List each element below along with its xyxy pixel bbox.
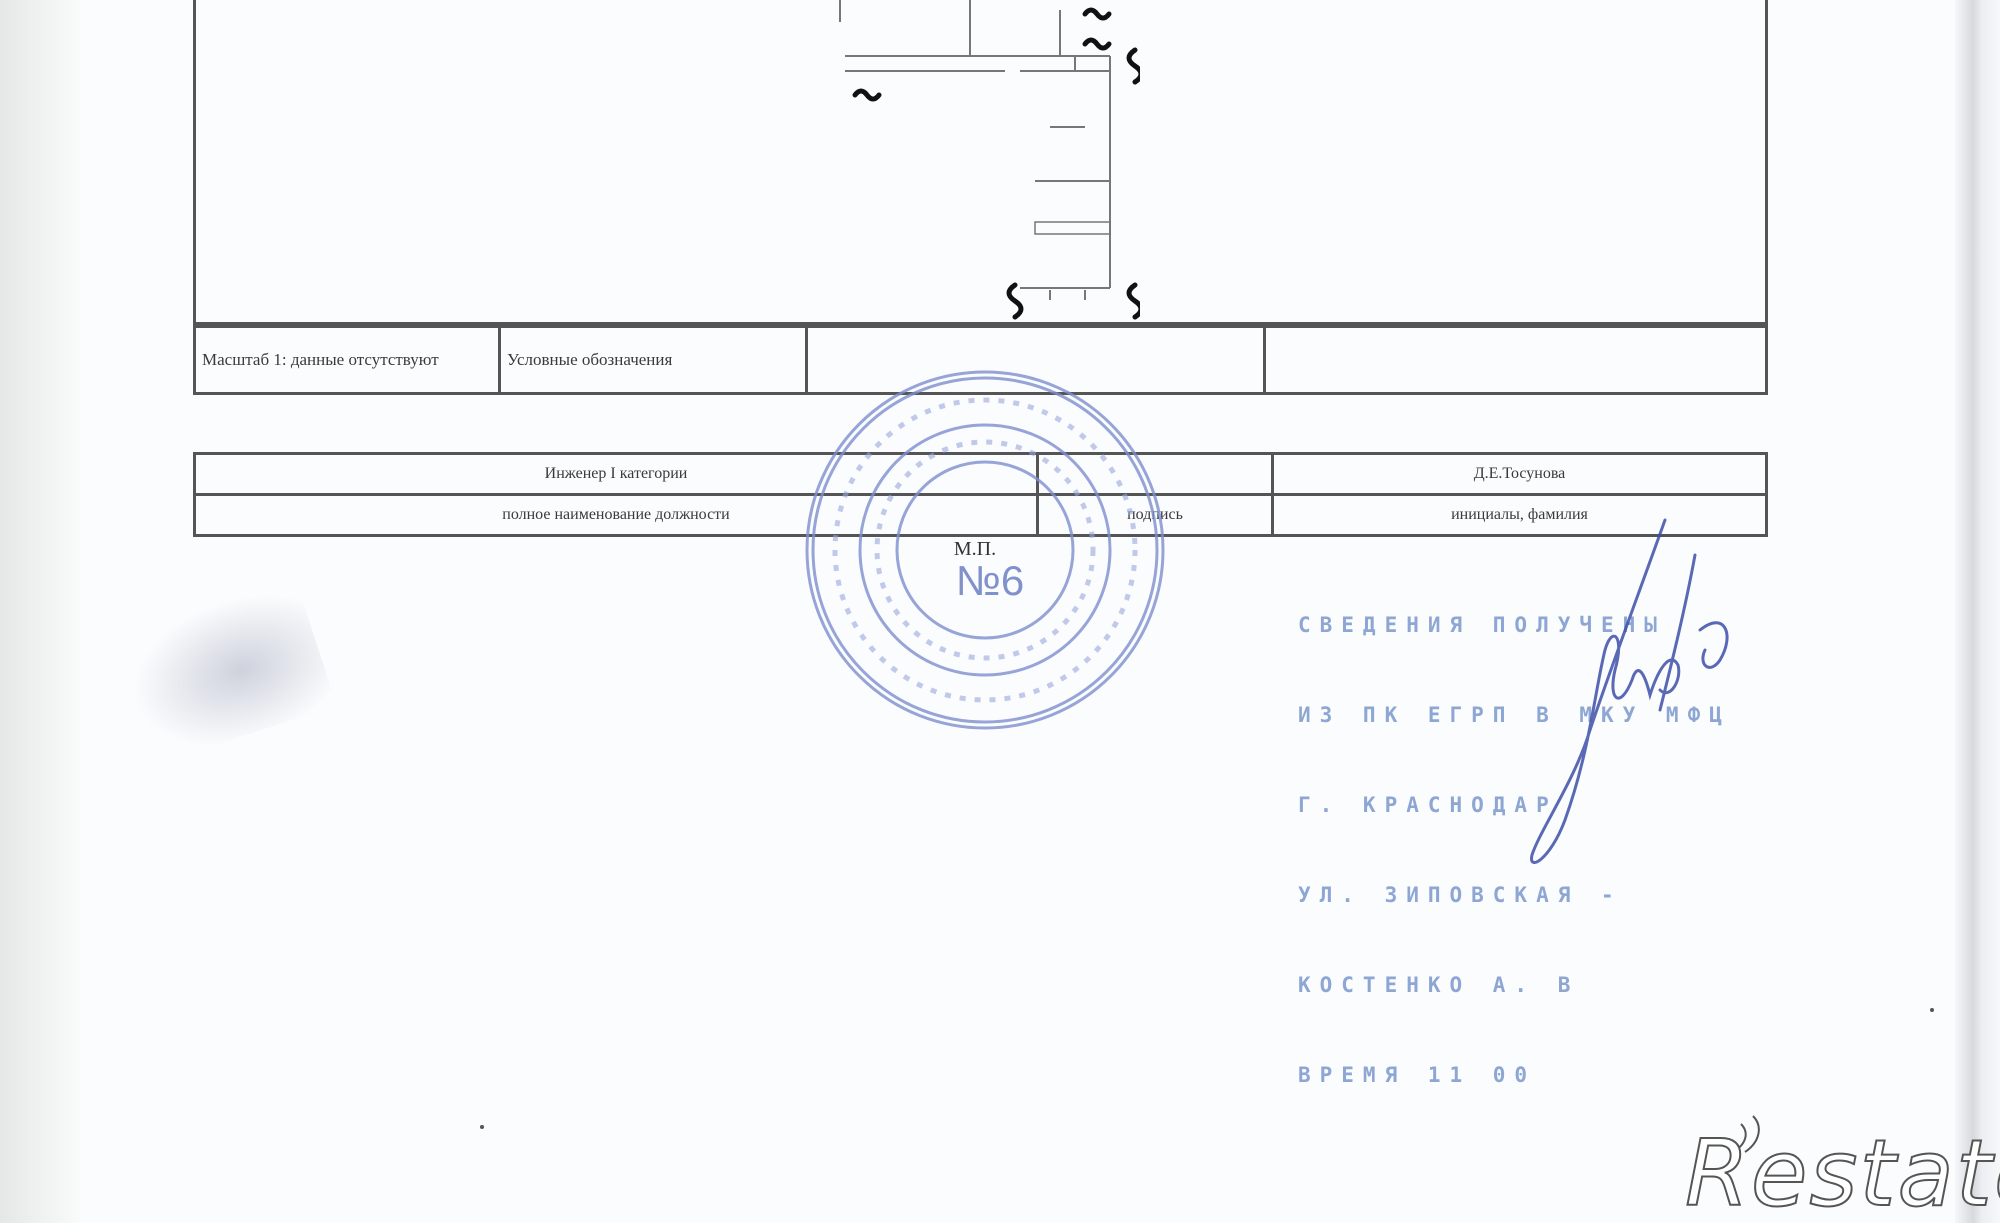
reg-stamp-line: УЛ. ЗИПОВСКАЯ -	[1298, 880, 1731, 910]
page-edge-shadow	[0, 0, 80, 1223]
watermark-text: Restate	[1685, 1120, 2000, 1223]
floor-plan-drawing	[820, 0, 1140, 320]
legend-cell: Условные обозначения	[500, 327, 807, 394]
seal-number: №6	[956, 557, 1024, 604]
round-seal: М.П. №6	[800, 365, 1170, 735]
speck	[1930, 1008, 1934, 1012]
name-value: Д.Е.Тосунова	[1273, 454, 1767, 495]
scale-cell: Масштаб 1: данные отсутствуют	[195, 327, 500, 394]
speck	[480, 1125, 484, 1129]
reg-stamp-line: ВРЕМЯ 11 00	[1298, 1060, 1731, 1090]
handwritten-signature	[1520, 500, 1760, 880]
reg-stamp-line: КОСТЕНКО А. В	[1298, 970, 1731, 1000]
page-edge-shadow-right	[1955, 0, 2000, 1223]
paper-crease	[103, 573, 336, 768]
legend-empty-cell-2	[1265, 327, 1767, 394]
